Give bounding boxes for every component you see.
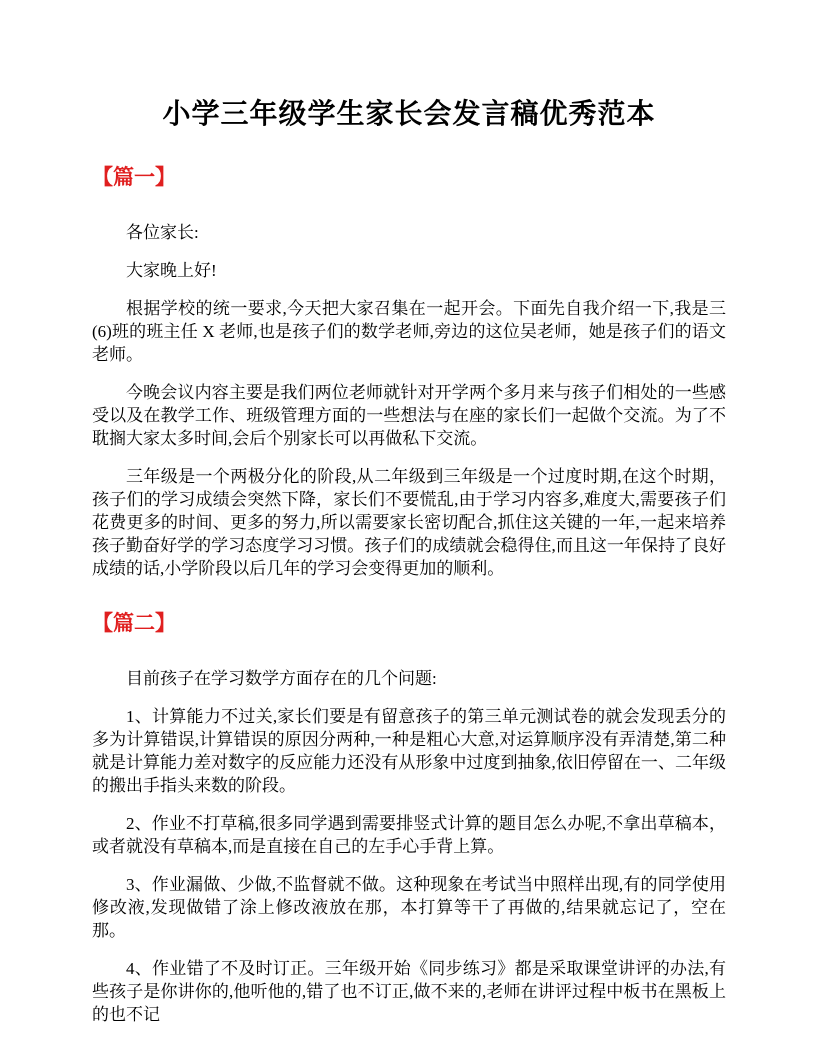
section-two-heading: 【篇二】 xyxy=(92,610,726,637)
paragraph-problem-2: 2、作业不打草稿,很多同学遇到需要排竖式计算的题目怎么办呢,不拿出草稿本，或者就… xyxy=(92,812,726,858)
paragraph-meeting-content: 今晚会议内容主要是我们两位老师就针对开学两个多月来与孩子们相处的一些感受以及在教… xyxy=(92,381,726,450)
paragraph-problem-3: 3、作业漏做、少做,不监督就不做。这种现象在考试当中照样出现,有的同学使用修改液… xyxy=(92,873,726,942)
document-page: 小学三年级学生家长会发言稿优秀范本 【篇一】 各位家长: 大家晚上好! 根据学校… xyxy=(0,0,816,1056)
paragraph-problem-4: 4、作业错了不及时订正。三年级开始《同步练习》都是采取课堂讲评的办法,有些孩子是… xyxy=(92,957,726,1026)
section-one-heading: 【篇一】 xyxy=(92,164,726,191)
section-two: 【篇二】 目前孩子在学习数学方面存在的几个问题: 1、计算能力不过关,家长们要是… xyxy=(92,610,726,1026)
paragraph-greeting: 大家晚上好! xyxy=(92,259,726,282)
paragraph-introduction: 根据学校的统一要求,今天把大家召集在一起开会。下面先自我介绍一下,我是三(6)班… xyxy=(92,297,726,366)
paragraph-problems-intro: 目前孩子在学习数学方面存在的几个问题: xyxy=(92,667,726,690)
document-title: 小学三年级学生家长会发言稿优秀范本 xyxy=(92,96,726,134)
paragraph-problem-1: 1、计算能力不过关,家长们要是有留意孩子的第三单元测试卷的就会发现丢分的多为计算… xyxy=(92,705,726,797)
section-one: 【篇一】 各位家长: 大家晚上好! 根据学校的统一要求,今天把大家召集在一起开会… xyxy=(92,164,726,580)
paragraph-grade-three-stage: 三年级是一个两极分化的阶段,从二年级到三年级是一个过度时期,在这个时期，孩子们的… xyxy=(92,465,726,580)
paragraph-salutation: 各位家长: xyxy=(92,221,726,244)
